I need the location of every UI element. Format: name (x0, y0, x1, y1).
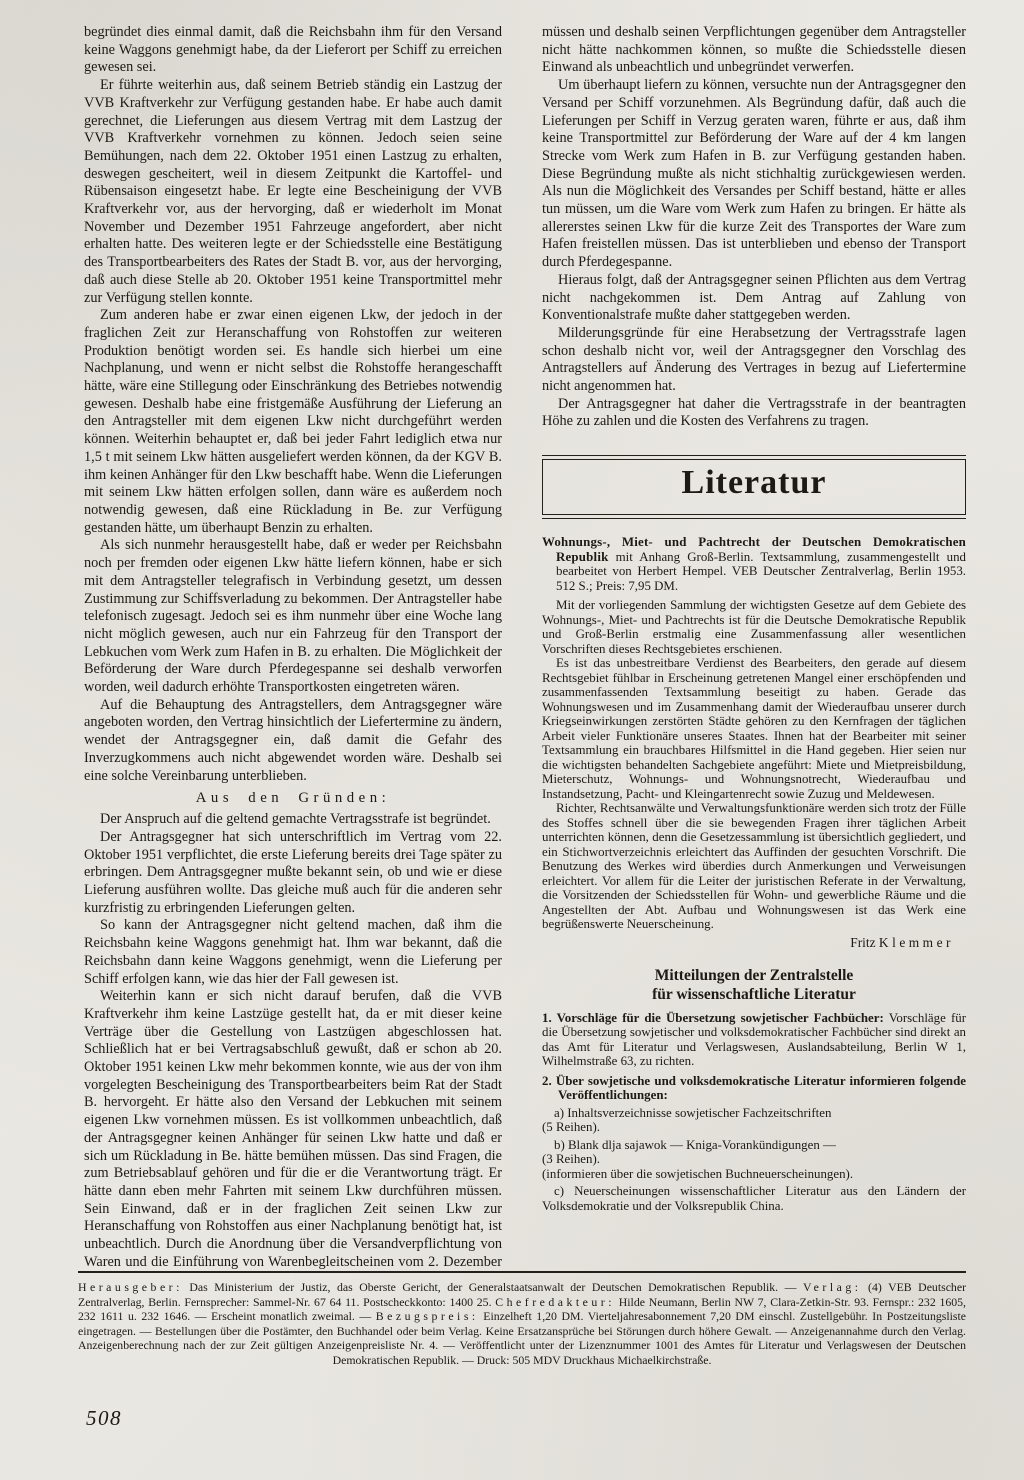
decision-paragraph: Der Antragsgegner hat sich unterschriftl… (84, 829, 502, 918)
decision-paragraph: Der Antragsgegner hat daher die Vertrags… (542, 396, 966, 431)
decision-paragraph: Weiterhin kann er sich nicht darauf beru… (84, 988, 502, 1269)
list-item-1: 1. Vorschläge für die Übersetzung sowjet… (542, 1011, 966, 1069)
review-paragraph: Mit der vorliegenden Sammlung der wichti… (542, 598, 966, 656)
literatur-section-box: Literatur (542, 455, 966, 519)
list-item-2b-count: (3 Reihen). (542, 1152, 966, 1167)
mitteilungen-heading-line2: für wissenschaftliche Literatur (542, 985, 966, 1005)
imprint-label-chefredakteur: Chefredakteur: (495, 1295, 615, 1309)
book-details: mit Anhang Groß-Berlin. Textsammlung, zu… (556, 550, 966, 593)
decision-paragraph: Der Anspruch auf die geltend gemachte Ve… (84, 811, 502, 829)
literatur-heading: Literatur (543, 463, 965, 503)
decision-paragraph: Er führte weiterhin aus, daß seinem Betr… (84, 77, 502, 307)
list-item-2c: c) Neuerscheinungen wissenschaftlicher L… (542, 1184, 966, 1213)
decision-paragraph: Um überhaupt liefern zu können, versucht… (542, 77, 966, 272)
decision-paragraph: müssen und deshalb seinen Verpflichtunge… (542, 24, 966, 77)
imprint-segment: Das Ministerium der Justiz, das Oberste … (183, 1280, 803, 1294)
decision-paragraph: Hieraus folgt, daß der Antragsgegner sei… (542, 272, 966, 325)
decision-paragraph: Auf die Behauptung des Antragstellers, d… (84, 697, 502, 786)
list-item-2a-count: (5 Reihen). (542, 1120, 966, 1135)
list-item-2a: a) Inhaltsverzeichnisse sowjetischer Fac… (542, 1106, 966, 1121)
review-paragraph: Richter, Rechtsanwälte und Verwaltungsfu… (542, 801, 966, 932)
decision-paragraph: Milderungsgründe für eine Herabsetzung d… (542, 325, 966, 396)
imprint-text: Herausgeber: Das Ministerium der Justiz,… (78, 1280, 966, 1367)
right-column: müssen und deshalb seinen Verpflichtunge… (542, 24, 966, 1269)
imprint-label-bezugspreis: Bezugspreis: (376, 1309, 479, 1323)
list-item-2b: b) Blank dlja sajawok — Kniga-Vorankündi… (542, 1138, 966, 1153)
imprint-label-herausgeber: Herausgeber: (78, 1280, 183, 1294)
mitteilungen-heading-line1: Mitteilungen der Zentralstelle (542, 966, 966, 986)
decision-paragraph: Zum anderen habe er zwar einen eigenen L… (84, 307, 502, 537)
decision-paragraph: begründet dies einmal damit, daß die Rei… (84, 24, 502, 77)
list-item-2: 2. Über sowjetische und volksdemokratisc… (542, 1074, 966, 1103)
left-column: begründet dies einmal damit, daß die Rei… (84, 24, 502, 1269)
book-reference: Wohnungs-, Miet- und Pachtrecht der Deut… (542, 535, 966, 593)
reviewer-signature: Fritz Klemmer (542, 935, 954, 951)
journal-page: begründet dies einmal damit, daß die Rei… (0, 0, 1024, 1480)
mitteilungen-heading: Mitteilungen der Zentralstellefür wissen… (542, 966, 966, 1005)
list-item-2-lead: 2. Über sowjetische und volksdemokratisc… (542, 1074, 966, 1103)
page-number: 508 (86, 1406, 122, 1431)
imprint-block: Herausgeber: Das Ministerium der Justiz,… (78, 1271, 966, 1367)
signature-first-name: Fritz (850, 935, 875, 950)
imprint-label-verlag: Verlag: (803, 1280, 862, 1294)
signature-last-name: Klemmer (879, 935, 954, 950)
footer-rule (78, 1271, 966, 1273)
review-paragraph: Es ist das unbestreitbare Verdienst des … (542, 656, 966, 801)
list-item-1-lead: 1. Vorschläge für die Übersetzung sowjet… (542, 1011, 884, 1025)
two-column-text-area: begründet dies einmal damit, daß die Rei… (84, 24, 966, 1269)
grounds-heading: Aus den Gründen: (84, 790, 502, 807)
literatur-section-box-inner: Literatur (542, 459, 966, 515)
list-item-2b-note: (informieren über die sowjetischen Buchn… (542, 1167, 966, 1182)
decision-paragraph: So kann der Antragsgegner nicht geltend … (84, 917, 502, 988)
decision-paragraph: Als sich nunmehr herausgestellt habe, da… (84, 537, 502, 696)
